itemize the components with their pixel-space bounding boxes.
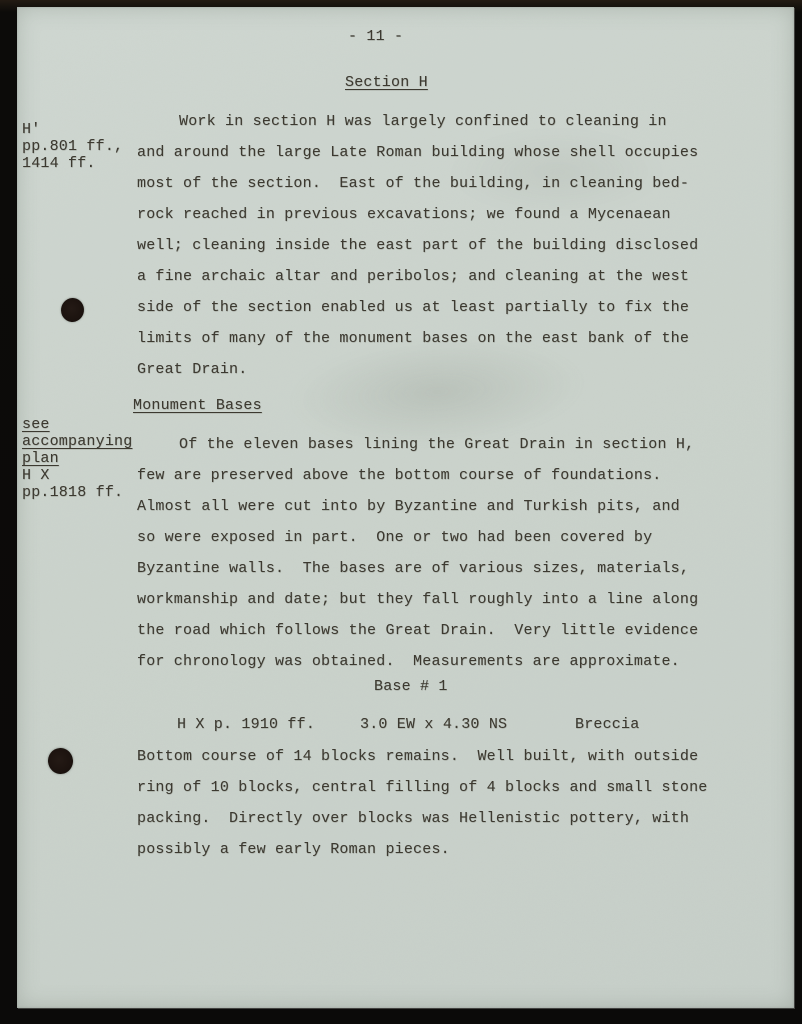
margin-note-line: see <box>22 416 50 433</box>
base-1-spec-line: H X p. 1910 ff. 3.0 EW x 4.30 NS Breccia <box>17 709 794 740</box>
base-1-reference: H X p. 1910 ff. <box>177 709 315 740</box>
margin-note-line: H X <box>22 467 142 484</box>
text-line: Almost all were cut into by Byzantine an… <box>137 491 737 522</box>
text-line: Work in section H was largely confined t… <box>137 106 737 137</box>
text-line: few are preserved above the bottom cours… <box>137 460 737 491</box>
monument-bases-paragraph: Of the eleven bases lining the Great Dra… <box>137 429 737 677</box>
text-line: so were exposed in part. One or two had … <box>137 522 737 553</box>
text-line: the road which follows the Great Drain. … <box>137 615 737 646</box>
margin-note-line: plan <box>22 450 59 467</box>
text-line: workmanship and date; but they fall roug… <box>137 584 737 615</box>
base-1-material: Breccia <box>575 709 639 740</box>
margin-note-references: H' pp.801 ff., 1414 ff. <box>22 121 142 172</box>
text-line: packing. Directly over blocks was Hellen… <box>137 803 737 834</box>
text-line: Of the eleven bases lining the Great Dra… <box>137 429 737 460</box>
text-line: rock reached in previous excavations; we… <box>137 199 737 230</box>
punch-hole <box>47 747 75 775</box>
text-line: and around the large Late Roman building… <box>137 137 737 168</box>
text-line: side of the section enabled us at least … <box>137 292 737 323</box>
text-line: Great Drain. <box>137 354 737 385</box>
base-1-dimensions: 3.0 EW x 4.30 NS <box>360 709 507 740</box>
text-line: Byzantine walls. The bases are of variou… <box>137 553 737 584</box>
scanned-document-page: - 11 - Section H H' pp.801 ff., 1414 ff.… <box>0 0 802 1024</box>
page-number: - 11 - <box>348 28 403 46</box>
margin-note-line: pp.801 ff., <box>22 138 142 155</box>
text-line: a fine archaic altar and peribolos; and … <box>137 261 737 292</box>
margin-note-line: accompanying <box>22 433 132 450</box>
section-heading: Section H <box>345 74 428 92</box>
margin-note-line: H' <box>22 121 142 138</box>
typewritten-page: - 11 - Section H H' pp.801 ff., 1414 ff.… <box>17 7 794 1008</box>
base-1-heading: Base # 1 <box>374 678 448 696</box>
monument-bases-heading: Monument Bases <box>133 397 262 415</box>
text-line: for chronology was obtained. Measurement… <box>137 646 737 677</box>
text-line: Bottom course of 14 blocks remains. Well… <box>137 741 737 772</box>
margin-note-line: pp.1818 ff. <box>22 484 142 501</box>
text-line: well; cleaning inside the east part of t… <box>137 230 737 261</box>
punch-hole <box>59 297 85 324</box>
base-1-paragraph: Bottom course of 14 blocks remains. Well… <box>137 741 737 865</box>
text-line: ring of 10 blocks, central filling of 4 … <box>137 772 737 803</box>
margin-note-plan-reference: see accompanying plan H X pp.1818 ff. <box>22 416 142 501</box>
text-line: most of the section. East of the buildin… <box>137 168 737 199</box>
text-line: limits of many of the monument bases on … <box>137 323 737 354</box>
section-h-paragraph: Work in section H was largely confined t… <box>137 106 737 385</box>
text-line: possibly a few early Roman pieces. <box>137 834 737 865</box>
margin-note-line: 1414 ff. <box>22 155 142 172</box>
